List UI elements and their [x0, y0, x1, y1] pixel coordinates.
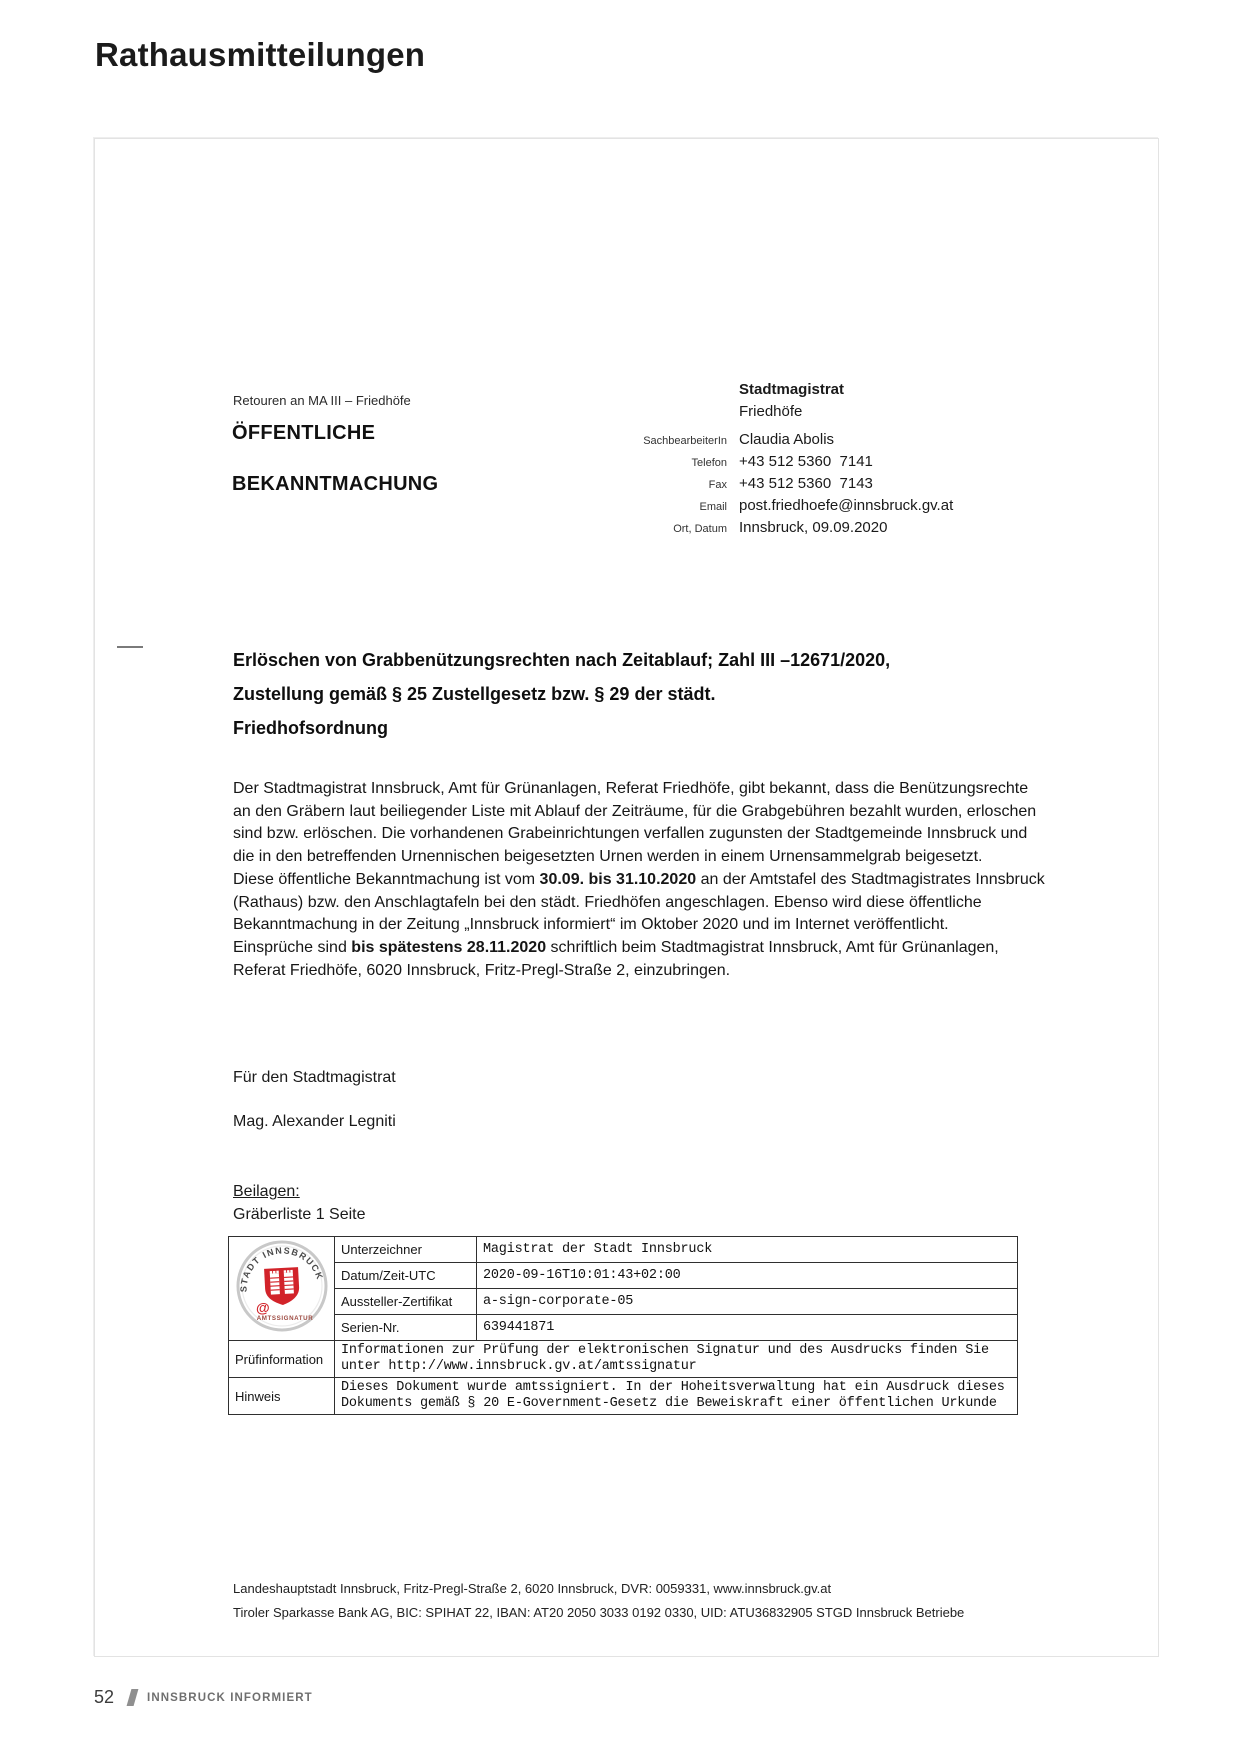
sig-label: Hinweis: [229, 1378, 335, 1415]
sig-value: 2020-09-16T10:01:43+02:00: [477, 1263, 1018, 1289]
return-address: Retouren an MA III – Friedhöfe: [233, 393, 411, 408]
contact-label: Telefon: [565, 457, 739, 469]
table-row: Serien-Nr. 639441871: [229, 1315, 1018, 1341]
contact-email: post.friedhoefe@innsbruck.gv.at: [739, 497, 953, 514]
table-row: Prüfinformation Informationen zur Prüfun…: [229, 1341, 1018, 1378]
slash-divider-icon: [127, 1689, 139, 1706]
subject-line: Friedhofsordnung: [233, 711, 1073, 745]
contact-row-department: Friedhöfe: [565, 403, 1135, 425]
sig-label: Serien-Nr.: [335, 1315, 477, 1341]
letter-footer: Landeshauptstadt Innsbruck, Fritz-Pregl-…: [233, 1577, 964, 1625]
table-row: Datum/Zeit-UTC 2020-09-16T10:01:43+02:00: [229, 1263, 1018, 1289]
contact-label: SachbearbeiterIn: [565, 435, 739, 447]
contact-row-place-date: Ort, Datum Innsbruck, 09.09.2020: [565, 519, 1135, 541]
amtssignatur-table: STADT INNSBRUCK: [228, 1236, 1018, 1415]
contact-place-date: Innsbruck, 09.09.2020: [739, 519, 887, 536]
magazine-page: { "page": { "title": "Rathausmitteilunge…: [0, 0, 1241, 1754]
table-row: Aussteller-Zertifikat a-sign-corporate-0…: [229, 1289, 1018, 1315]
doc-type-heading-line2: BEKANNTMACHUNG: [232, 473, 438, 496]
contact-phone: +43 512 5360 7141: [739, 453, 873, 470]
amtssignatur-stamp: STADT INNSBRUCK: [235, 1239, 329, 1333]
letter-scan: Retouren an MA III – Friedhöfe ÖFFENTLIC…: [94, 138, 1159, 1657]
table-row: Hinweis Dieses Dokument wurde amtssignie…: [229, 1378, 1018, 1415]
page-title: Rathausmitteilungen: [95, 36, 425, 74]
signer-name: Mag. Alexander Legniti: [233, 1113, 396, 1131]
body-paragraph: Einsprüche sind bis spätestens 28.11.202…: [233, 937, 1049, 982]
contact-row-org: Stadtmagistrat: [565, 381, 1135, 403]
sig-value: Dieses Dokument wurde amtssigniert. In d…: [335, 1378, 1018, 1415]
doc-type-heading-line1: ÖFFENTLICHE: [232, 422, 375, 445]
contact-label: Email: [565, 501, 739, 513]
table-row: STADT INNSBRUCK: [229, 1237, 1018, 1263]
contact-org: Stadtmagistrat: [739, 381, 844, 398]
sig-label: Unterzeichner: [335, 1237, 477, 1263]
text-run: Diese öffentliche Bekanntmachung ist vom: [233, 871, 540, 888]
sig-value: Magistrat der Stadt Innsbruck: [477, 1237, 1018, 1263]
subject-line: Zustellung gemäß § 25 Zustellgesetz bzw.…: [233, 677, 1073, 711]
contact-block: Stadtmagistrat Friedhöfe SachbearbeiterI…: [565, 381, 1135, 541]
subject-line: Erlöschen von Grabbenützungsrechten nach…: [233, 643, 1073, 677]
sig-label: Datum/Zeit-UTC: [335, 1263, 477, 1289]
contact-label: Ort, Datum: [565, 523, 739, 535]
body-paragraph: Der Stadtmagistrat Innsbruck, Amt für Gr…: [233, 778, 1049, 869]
text-run: Der Stadtmagistrat Innsbruck, Amt für Gr…: [233, 780, 1036, 865]
contact-row-phone: Telefon +43 512 5360 7141: [565, 453, 1135, 475]
text-run-bold: 30.09. bis 31.10.2020: [540, 871, 697, 888]
footer-address-line: Landeshauptstadt Innsbruck, Fritz-Pregl-…: [233, 1577, 964, 1601]
stamp-bottom-text: AMTSSIGNATUR: [257, 1315, 314, 1322]
stamp-cell: STADT INNSBRUCK: [229, 1237, 335, 1341]
sig-value: Informationen zur Prüfung der elektronis…: [335, 1341, 1018, 1378]
sig-value: a-sign-corporate-05: [477, 1289, 1018, 1315]
contact-clerk-name: Claudia Abolis: [739, 431, 834, 448]
contact-department: Friedhöfe: [739, 403, 802, 420]
contact-label: Fax: [565, 479, 739, 491]
sig-value: 639441871: [477, 1315, 1018, 1341]
attachments-value: Gräberliste 1 Seite: [233, 1206, 366, 1224]
contact-row-email: Email post.friedhoefe@innsbruck.gv.at: [565, 497, 1135, 519]
contact-fax: +43 512 5360 7143: [739, 475, 873, 492]
stamp-at-icon: @: [256, 1300, 270, 1316]
fold-mark: [117, 646, 143, 648]
magazine-name: INNSBRUCK INFORMIERT: [147, 1692, 313, 1704]
closing-line: Für den Stadtmagistrat: [233, 1069, 396, 1087]
contact-row-fax: Fax +43 512 5360 7143: [565, 475, 1135, 497]
page-number: 52: [94, 1687, 114, 1708]
page-footer: 52 INNSBRUCK INFORMIERT: [94, 1687, 313, 1708]
sig-label: Prüfinformation: [229, 1341, 335, 1378]
attachments-label: Beilagen:: [233, 1183, 300, 1201]
subject-heading: Erlöschen von Grabbenützungsrechten nach…: [233, 643, 1073, 745]
text-run-bold: bis spätestens 28.11.2020: [351, 939, 546, 956]
footer-bank-line: Tiroler Sparkasse Bank AG, BIC: SPIHAT 2…: [233, 1601, 964, 1625]
letter-body: Der Stadtmagistrat Innsbruck, Amt für Gr…: [233, 778, 1049, 982]
body-paragraph: Diese öffentliche Bekanntmachung ist vom…: [233, 869, 1049, 937]
text-run: Einsprüche sind: [233, 939, 351, 956]
sig-label: Aussteller-Zertifikat: [335, 1289, 477, 1315]
contact-row-clerk: SachbearbeiterIn Claudia Abolis: [565, 431, 1135, 453]
